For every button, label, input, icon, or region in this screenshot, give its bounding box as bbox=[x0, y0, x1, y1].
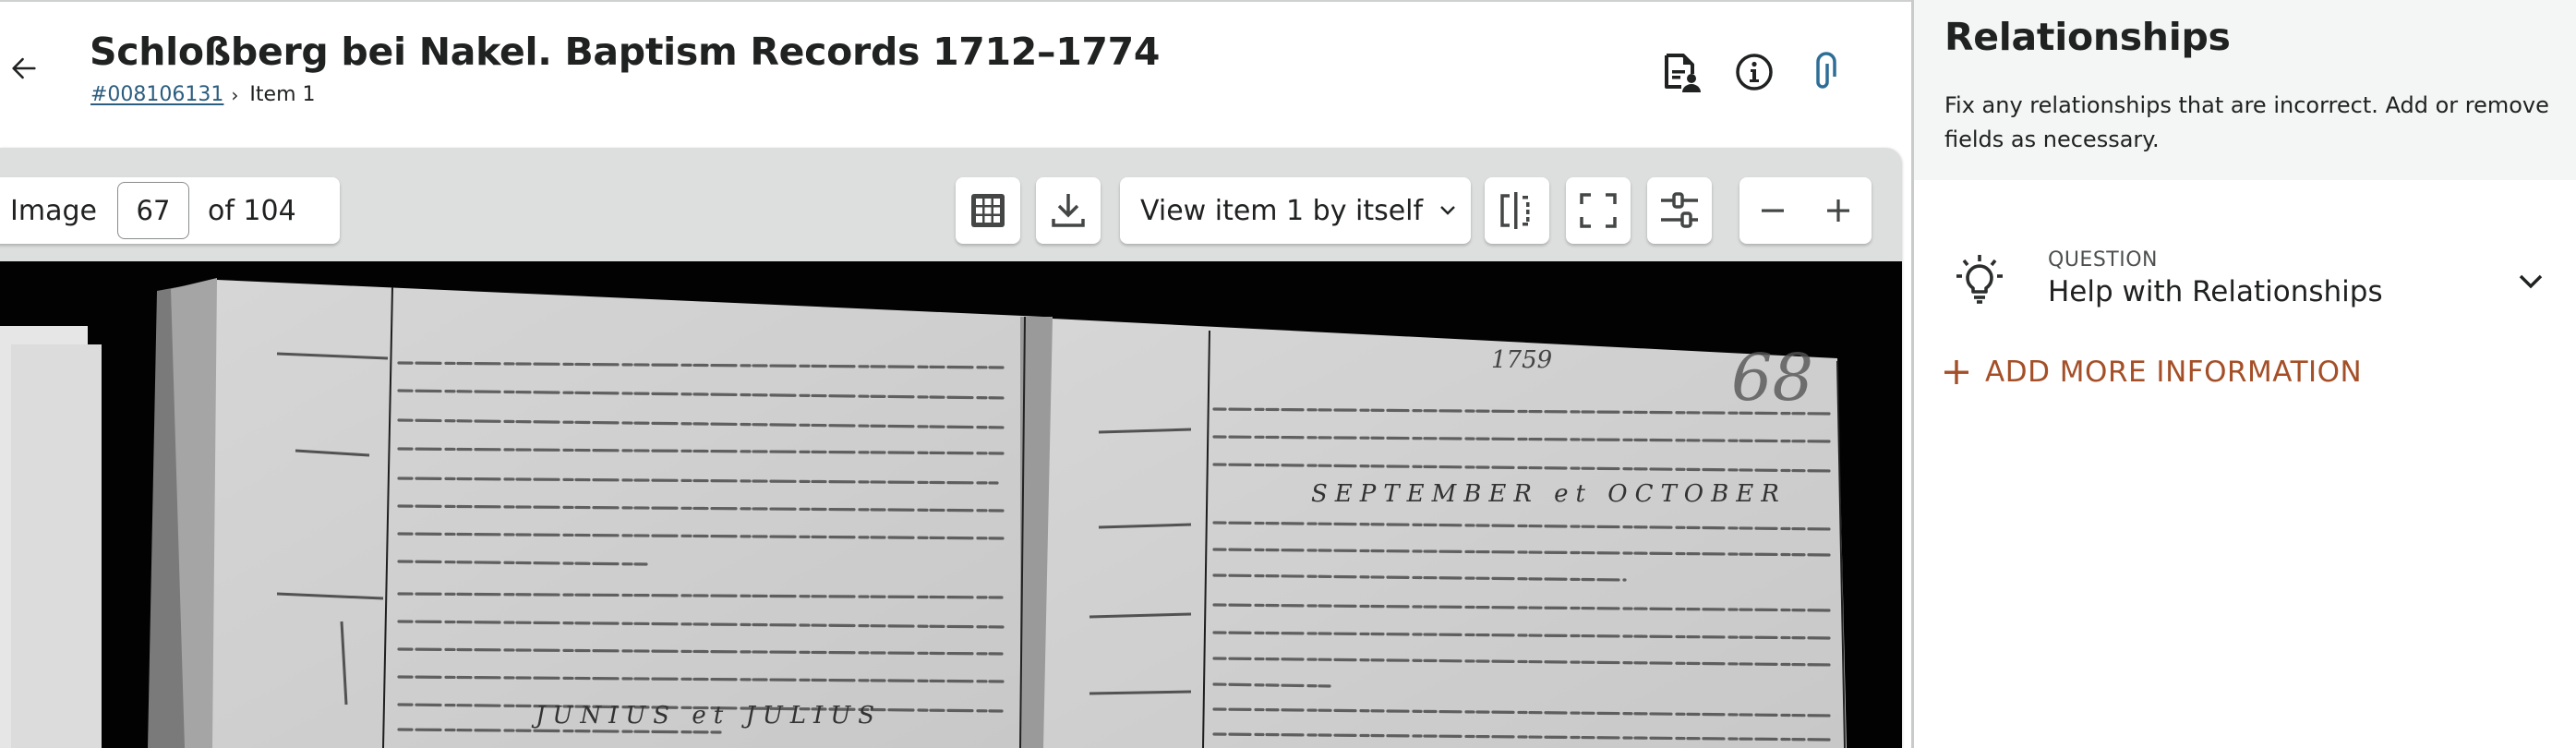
fullscreen-icon bbox=[1580, 193, 1617, 228]
question-title: Help with Relationships bbox=[2048, 275, 2383, 308]
fullscreen-button[interactable] bbox=[1566, 177, 1631, 244]
paperclip-icon bbox=[1812, 51, 1840, 93]
relationships-panel: Relationships Fix any relationships that… bbox=[1911, 0, 2576, 748]
record-image[interactable]: 1759 68 SEPTEMBER et OCTOBER JUNIUS et J… bbox=[0, 261, 1902, 748]
split-view-icon bbox=[1499, 190, 1535, 231]
info-icon bbox=[1735, 53, 1774, 91]
plus-icon bbox=[1826, 199, 1850, 223]
chevron-down-icon bbox=[1439, 205, 1456, 216]
image-number-input[interactable] bbox=[117, 182, 189, 239]
download-icon bbox=[1052, 192, 1085, 229]
image-total: of 104 bbox=[208, 195, 296, 227]
page-title: Schloßberg bei Nakel. Baptism Records 17… bbox=[90, 30, 1160, 74]
plus-icon bbox=[1944, 360, 1968, 384]
svg-text:1759: 1759 bbox=[1491, 346, 1552, 374]
question-accordion[interactable]: QUESTION Help with Relationships bbox=[1914, 245, 2576, 319]
minus-icon bbox=[1761, 199, 1785, 223]
back-button[interactable] bbox=[6, 48, 42, 89]
image-viewer: Image of 104 bbox=[0, 148, 1902, 748]
attachments-button[interactable] bbox=[1801, 50, 1851, 94]
panel-title: Relationships bbox=[1944, 15, 2231, 59]
svg-text:68: 68 bbox=[1731, 340, 1813, 416]
chevron-down-icon[interactable] bbox=[2514, 265, 2547, 298]
image-navigator: Image of 104 bbox=[0, 177, 340, 244]
viewer-toolbar: Image of 104 bbox=[0, 177, 1902, 244]
header-actions bbox=[1657, 50, 1851, 94]
breadcrumb-separator: › bbox=[231, 84, 238, 106]
zoom-out-button[interactable] bbox=[1745, 183, 1800, 238]
record-details-button[interactable] bbox=[1657, 50, 1707, 94]
view-mode-select[interactable]: View item 1 by itself bbox=[1120, 177, 1471, 244]
image-label: Image bbox=[10, 195, 97, 227]
document-person-icon bbox=[1663, 52, 1702, 92]
page-header: Schloßberg bei Nakel. Baptism Records 17… bbox=[0, 0, 1911, 146]
zoom-in-button[interactable] bbox=[1811, 183, 1866, 238]
panel-description: Fix any relationships that are incorrect… bbox=[1944, 89, 2554, 157]
svg-text:SEPTEMBER et OCTOBER: SEPTEMBER et OCTOBER bbox=[1311, 480, 1787, 508]
image-adjust-button[interactable] bbox=[1647, 177, 1712, 244]
gallery-view-button[interactable] bbox=[956, 177, 1020, 244]
question-label: QUESTION bbox=[2048, 248, 2158, 271]
view-mode-value: View item 1 by itself bbox=[1140, 195, 1423, 227]
scanned-register-page: 1759 68 SEPTEMBER et OCTOBER JUNIUS et J… bbox=[0, 261, 1902, 748]
compare-view-button[interactable] bbox=[1485, 177, 1549, 244]
download-button[interactable] bbox=[1036, 177, 1101, 244]
arrow-left-icon bbox=[8, 53, 40, 84]
breadcrumb-current: Item 1 bbox=[249, 83, 315, 106]
add-more-label: ADD MORE INFORMATION bbox=[1985, 356, 2362, 389]
grid-icon bbox=[969, 192, 1006, 229]
breadcrumb: #008106131 › Item 1 bbox=[90, 83, 316, 106]
svg-text:JUNIUS et JULIUS: JUNIUS et JULIUS bbox=[531, 702, 882, 730]
app-root: Schloßberg bei Nakel. Baptism Records 17… bbox=[0, 0, 2576, 748]
add-more-information-button[interactable]: ADD MORE INFORMATION bbox=[1944, 356, 2362, 389]
film-number-link[interactable]: #008106131 bbox=[90, 83, 223, 106]
main-area: Schloßberg bei Nakel. Baptism Records 17… bbox=[0, 0, 1911, 748]
panel-header: Relationships Fix any relationships that… bbox=[1914, 0, 2576, 180]
zoom-controls bbox=[1739, 177, 1872, 244]
info-button[interactable] bbox=[1729, 50, 1779, 94]
lightbulb-icon bbox=[1956, 254, 2004, 306]
sliders-icon bbox=[1660, 192, 1699, 229]
